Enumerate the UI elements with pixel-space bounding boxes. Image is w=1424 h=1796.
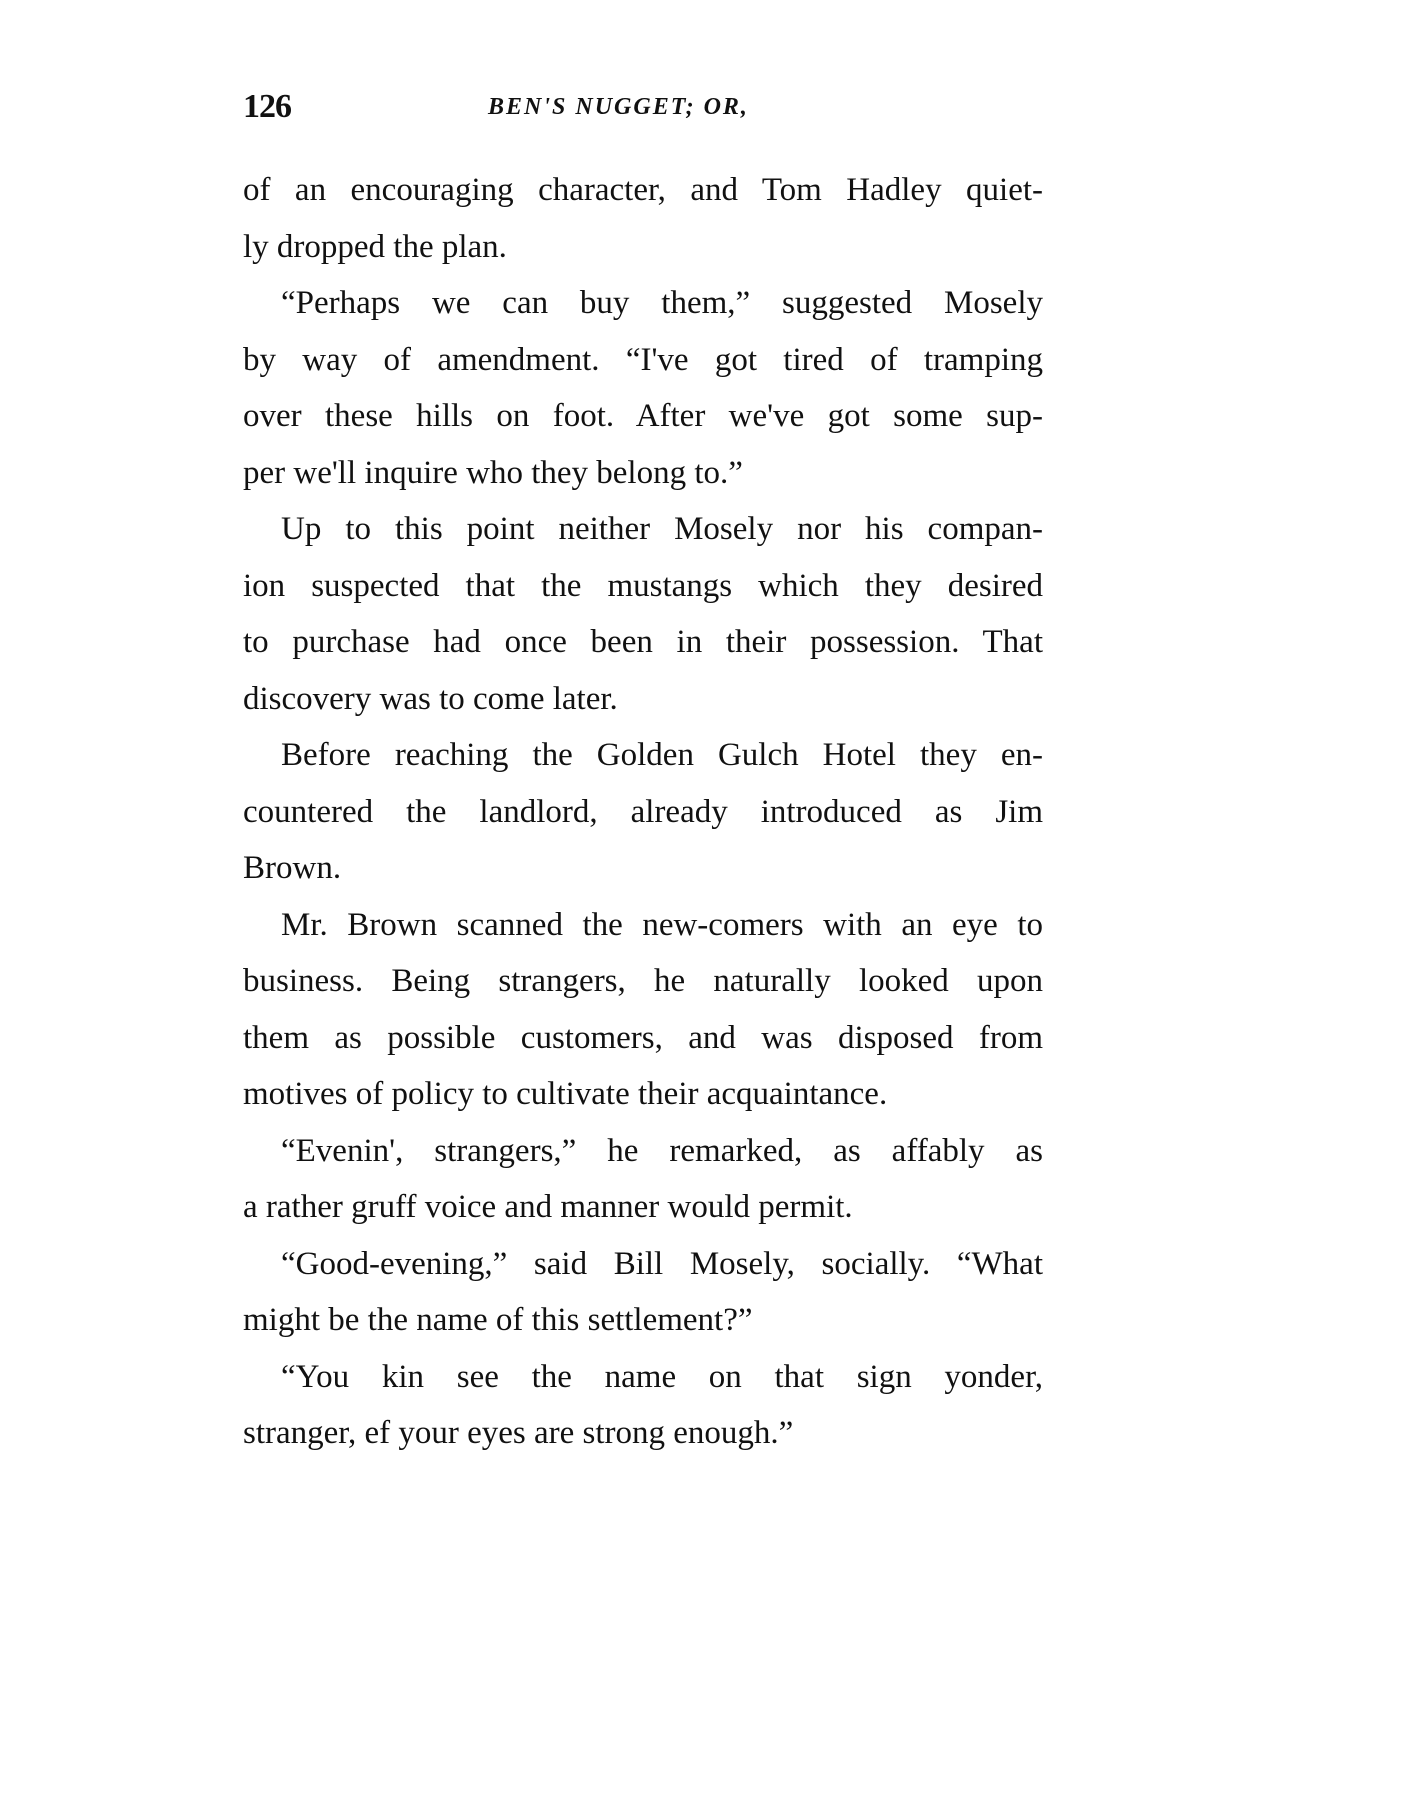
text-line: Brown. <box>243 840 1043 897</box>
paragraph: Before reaching the Golden Gulch Hotel t… <box>243 727 1043 897</box>
text-line: them as possible customers, and was disp… <box>243 1010 1043 1067</box>
text-line: “Good-evening,” said Bill Mosely, social… <box>243 1236 1043 1293</box>
page-number: 126 <box>243 88 291 126</box>
text-line: of an encouraging character, and Tom Had… <box>243 162 1043 219</box>
text-line: motives of policy to cultivate their acq… <box>243 1066 1043 1123</box>
book-page: 126 BEN'S NUGGET; OR, of an encouraging … <box>0 0 1424 1796</box>
text-line: stranger, ef your eyes are strong enough… <box>243 1405 1043 1462</box>
text-line: per we'll inquire who they belong to.” <box>243 445 1043 502</box>
text-line: business. Being strangers, he naturally … <box>243 953 1043 1010</box>
paragraph: “Perhaps we can buy them,” suggested Mos… <box>243 275 1043 501</box>
paragraph: “Evenin', strangers,” he remarked, as af… <box>243 1123 1043 1236</box>
text-line: a rather gruff voice and manner would pe… <box>243 1179 1043 1236</box>
text-line: Up to this point neither Mosely nor his … <box>243 501 1043 558</box>
text-line: discovery was to come later. <box>243 671 1043 728</box>
paragraph: “You kin see the name on that sign yonde… <box>243 1349 1043 1462</box>
text-line: over these hills on foot. After we've go… <box>243 388 1043 445</box>
text-line: to purchase had once been in their posse… <box>243 614 1043 671</box>
text-line: Mr. Brown scanned the new-comers with an… <box>243 897 1043 954</box>
body-text: of an encouraging character, and Tom Had… <box>243 162 1043 1462</box>
paragraph: Up to this point neither Mosely nor his … <box>243 501 1043 727</box>
paragraph: “Good-evening,” said Bill Mosely, social… <box>243 1236 1043 1349</box>
paragraph: of an encouraging character, and Tom Had… <box>243 162 1043 275</box>
text-line: by way of amendment. “I've got tired of … <box>243 332 1043 389</box>
text-line: ly dropped the plan. <box>243 219 1043 276</box>
text-line: might be the name of this settlement?” <box>243 1292 1043 1349</box>
text-line: “Perhaps we can buy them,” suggested Mos… <box>243 275 1043 332</box>
text-line: “Evenin', strangers,” he remarked, as af… <box>243 1123 1043 1180</box>
text-line: countered the landlord, already introduc… <box>243 784 1043 841</box>
text-line: “You kin see the name on that sign yonde… <box>243 1349 1043 1406</box>
paragraph: Mr. Brown scanned the new-comers with an… <box>243 897 1043 1123</box>
page-header: 126 BEN'S NUGGET; OR, <box>243 88 1043 138</box>
running-head: BEN'S NUGGET; OR, <box>488 94 749 121</box>
text-line: Before reaching the Golden Gulch Hotel t… <box>243 727 1043 784</box>
text-line: ion suspected that the mustangs which th… <box>243 558 1043 615</box>
